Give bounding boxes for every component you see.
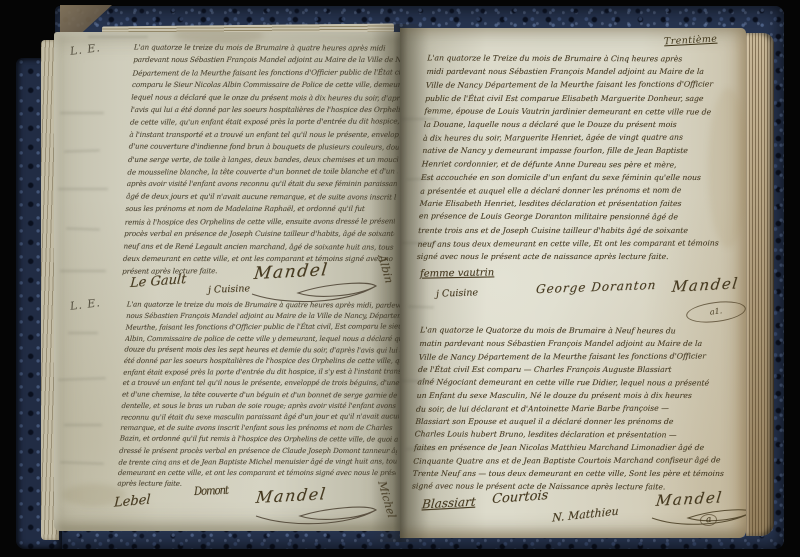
signature-mandel: Mandel	[655, 488, 724, 510]
margin-note: L. E.	[69, 296, 101, 313]
manuscript-line: L'an quatorze le Quatorze du mois de Bru…	[420, 323, 746, 337]
manuscript-line: du soir, de lui déclarant et d'Antoinett…	[416, 401, 746, 415]
signature-domont: Domont	[194, 484, 228, 498]
manuscript-line: reconnu qu'il était du sexe masculin par…	[121, 411, 400, 423]
manuscript-line: d'une serge verte, de toile à langes, de…	[128, 154, 399, 166]
manuscript-line: la Douane, laquelle nous a déclaré que l…	[423, 118, 746, 131]
manuscript-line: procès verbal en présence de Joseph Cuis…	[124, 228, 395, 240]
manuscript-line: lequel nous a déclaré que le onze du pré…	[131, 91, 400, 104]
bleedthrough-mark	[58, 188, 108, 190]
manuscript-line: Est accouchée en son domicile d'un enfan…	[421, 171, 744, 184]
manuscript-line: Marie Elisabeth Henriet, lesdites déclar…	[419, 197, 742, 210]
manuscript-line: Ville de Nancy Département de la Meurthe…	[425, 78, 746, 93]
register-scan: L. E. L'an quatorze le treize du mois de…	[0, 0, 800, 557]
signature-matthieu: N. Matthieu	[552, 504, 619, 524]
manuscript-line: de l'État civil Est comparu — Charles Fr…	[418, 363, 746, 376]
signature-mandel: Mandel	[671, 274, 740, 296]
manuscript-line: signé avec nous le présent acte de naiss…	[416, 250, 739, 263]
manuscript-line: Ville de Nancy Département de la Meurthe…	[418, 349, 746, 363]
manuscript-line: Blassiart son Epouse et auquel il a décl…	[415, 415, 746, 428]
manuscript-line: comparu le Sieur Nicolas Albin Commissai…	[132, 79, 400, 91]
manuscript-line: et d'une chemise, la tête couverte d'un …	[122, 389, 400, 401]
right-page: Trentième L'an quatorze le Treize du moi…	[400, 28, 746, 538]
manuscript-line: femme, épouse de Louis Vautrin jardinier…	[424, 104, 746, 118]
manuscript-line: de mousseline blanche, la tête couverte …	[127, 165, 398, 179]
signature-paraph: a	[700, 513, 718, 526]
signature-femme-vautrin: femme vautrin	[420, 267, 494, 279]
bleedthrough-mark	[60, 461, 104, 465]
manuscript-line: dentelle, et sous le bras un ruban de so…	[121, 401, 400, 412]
manuscript-line: à l'instant transporté et a trouvé un en…	[129, 129, 400, 141]
signature-mandel: Mandel	[255, 484, 328, 507]
manuscript-line: Albin, Commissaire de police de cette vi…	[125, 334, 400, 345]
act-entry-left-1: L'an quatorze le treize du mois de Bruma…	[122, 42, 400, 278]
manuscript-line: Bazin, et ordonné qu'il fut remis à l'ho…	[119, 434, 398, 446]
manuscript-line: Département de la Meurthe faisant les fo…	[132, 66, 400, 80]
signature-mandel: Mandel	[253, 260, 330, 284]
bleedthrough-mark	[60, 112, 104, 114]
manuscript-line: enfant était exposé près la porte d'entr…	[123, 367, 400, 379]
bleedthrough-mark	[88, 36, 148, 38]
act-entry-right-2: L'an quatorze le Quatorze du mois de Bru…	[412, 324, 746, 493]
manuscript-line: neuf ans et de René Legault ancien march…	[123, 240, 394, 253]
manuscript-line: de cette ville, qu'un enfant était expos…	[130, 116, 400, 130]
manuscript-line: aîné Négociant demeurant en cette ville …	[417, 375, 746, 389]
manuscript-line: Henriet cordonnier, et de défunte Anne D…	[421, 157, 744, 171]
manuscript-line: Cinquante Quatre ans et de Jean Baptiste…	[413, 453, 744, 467]
manuscript-line: L'an quatorze le Treize du mois de Bruma…	[427, 51, 746, 65]
manuscript-line: de trente cinq ans et de Jean Baptiste M…	[118, 456, 397, 468]
signature-paraph: a1.	[685, 298, 746, 325]
bleedthrough-mark	[68, 332, 98, 334]
manuscript-line: en présence de Louis George Doranton mil…	[419, 210, 742, 224]
manuscript-line: douze du présent mois des les sept heure…	[124, 344, 400, 356]
manuscript-line: remis à l'hospice des Orphelins de cette…	[124, 215, 395, 229]
manuscript-line: midi pardevant nous Sébastien François M…	[426, 65, 746, 78]
manuscript-line: trente trois ans et de Joseph Cuisine ta…	[418, 224, 741, 237]
signature-cuisine: j Cuisine	[436, 287, 478, 299]
signature-lebel: Lebel	[114, 492, 151, 510]
manuscript-line: pardevant nous Sébastien François Mandel…	[133, 54, 400, 66]
signature-blassiart: Blassiart	[421, 495, 476, 512]
page-fore-edge	[746, 33, 774, 536]
bleedthrough-mark	[66, 227, 100, 230]
manuscript-line: d'une couverture d'indienne fond brun à …	[128, 141, 399, 154]
manuscript-line: Trente Neuf ans — tous deux demeurant en…	[412, 467, 743, 480]
bleedthrough-mark	[58, 377, 106, 381]
manuscript-line: native de Nancy y demeurant impasse four…	[422, 144, 745, 157]
manuscript-line: après avoir visité l'enfant avons reconn…	[126, 178, 397, 190]
manuscript-line: dressé le présent procès verbal en prése…	[119, 446, 398, 457]
entry-number-annotation: Trentième	[664, 34, 718, 48]
signature-cuisine: j Cuisine	[208, 283, 250, 295]
manuscript-line: l'avis qui lui a été donné par les soeur…	[130, 104, 400, 116]
act-entry-right-1: L'an quatorze le Treize du mois de Bruma…	[416, 52, 746, 263]
manuscript-line: matin pardevant nous Sébastien François …	[419, 337, 746, 350]
manuscript-line: été donné par les soeurs hospitalières d…	[123, 356, 400, 367]
manuscript-line: un Enfant du sexe Masculin, Né le douze …	[416, 389, 746, 402]
manuscript-line: neuf ans tous deux demeurant en cette vi…	[417, 236, 740, 251]
manuscript-line: âgé de deux jours et qu'il n'avait aucun…	[126, 190, 397, 203]
bleedthrough-mark	[64, 424, 102, 426]
bleedthrough-mark	[60, 270, 106, 272]
manuscript-line: Meurthe, faisant les fonctions d'Officie…	[125, 322, 400, 334]
manuscript-line: public de l'État civil Est comparue Elis…	[425, 92, 746, 105]
bleedthrough-mark	[408, 306, 434, 309]
signature-legault: Le Gault	[130, 272, 187, 291]
manuscript-line: L'an quatorze le treize du mois de Bruma…	[126, 299, 400, 311]
margin-note: L. E.	[69, 41, 101, 58]
signature-doranton: George Doranton	[535, 278, 657, 296]
manuscript-line: faites en présence de Jean Nicolas Matth…	[414, 441, 745, 454]
act-entry-left-2: L'an quatorze le treize du mois de Bruma…	[117, 300, 400, 490]
bleedthrough-mark	[64, 149, 100, 152]
manuscript-line: à dix heures du soir, Marguerite Henriet…	[423, 131, 746, 146]
left-page: L. E. L'an quatorze le treize du mois de…	[54, 32, 400, 531]
manuscript-line: L'an quatorze le treize du mois de Bruma…	[134, 41, 400, 54]
manuscript-line: a présentée et auquel elle a déclaré don…	[420, 183, 743, 198]
manuscript-line: demeurant en cette ville, et ont les com…	[118, 468, 397, 479]
signature-albin: Albin	[375, 254, 396, 284]
signature-courtois: Courtois	[492, 488, 549, 507]
manuscript-line: Charles Louis hubert Bruno, lesdites déc…	[414, 427, 745, 441]
manuscript-line: et a trouvé un enfant tel qu'il nous le …	[122, 378, 400, 389]
manuscript-line: sous les prénoms et nom de Madelaine Rap…	[125, 203, 396, 215]
